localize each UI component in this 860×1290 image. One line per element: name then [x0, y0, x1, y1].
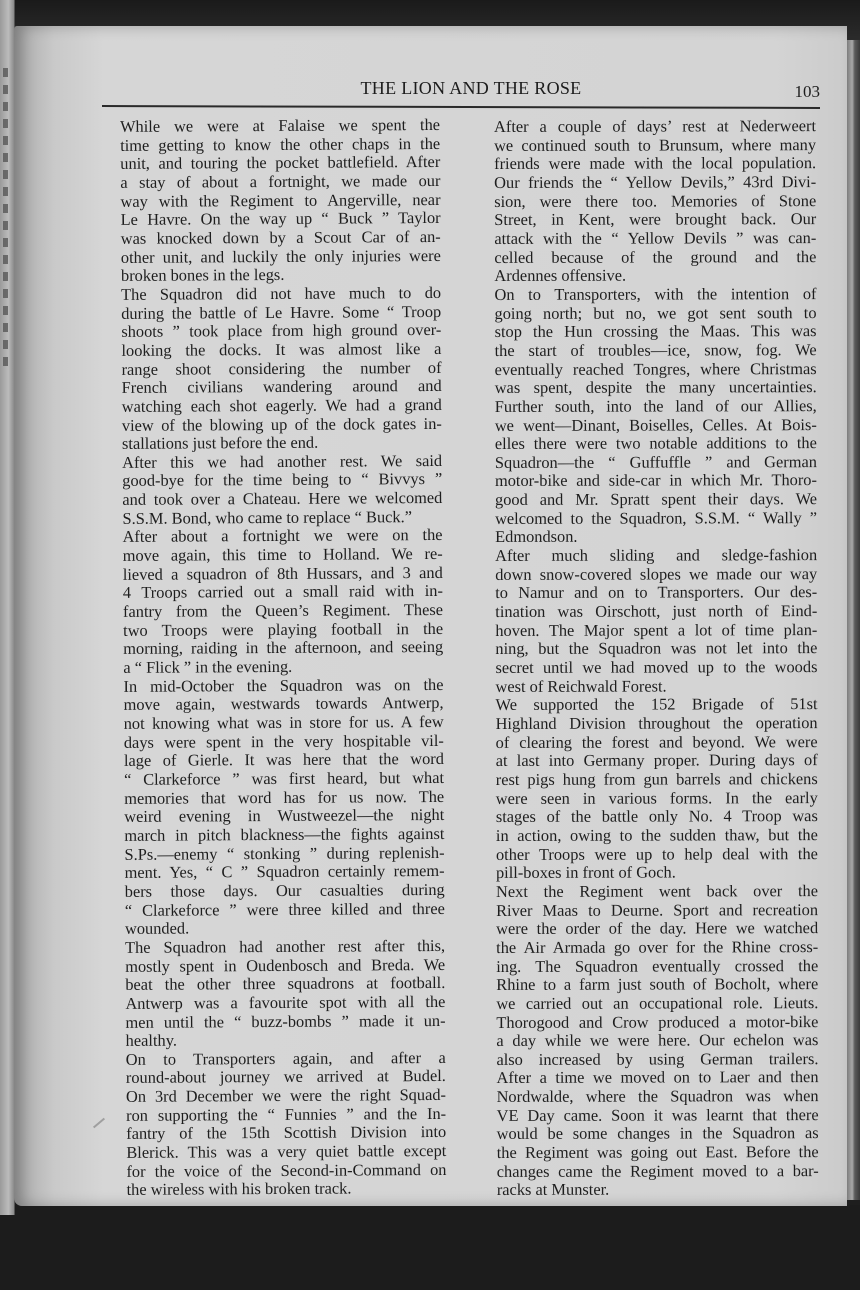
text-line: view of the blowing up of the dock gates…	[106, 414, 442, 435]
paragraph: On to Transporters, with the intention o…	[478, 285, 817, 547]
page-number: 103	[795, 82, 821, 102]
text-line: Ardennes offensive.	[478, 266, 816, 286]
facing-page-text-fragments	[1, 60, 11, 480]
text-line: good and Mr. Spratt spent their days. We	[479, 490, 817, 510]
text-line: ing. The Squadron eventually crossed the	[480, 957, 818, 977]
left-column: While we were at Falaise we spent thetim…	[104, 116, 447, 1200]
text-line: elles there were two notable additions t…	[479, 434, 817, 454]
running-header: THE LION AND THE ROSE 103	[102, 78, 820, 108]
facing-page-edge	[0, 0, 15, 1215]
text-line: River Maas to Deurne. Sport and recreati…	[480, 901, 818, 921]
text-line: attack with the “ Yellow Devils ” was ca…	[478, 229, 816, 249]
text-line: we carried out an occupational role. Lie…	[480, 994, 818, 1014]
text-line: to Namur and on to Transporters. Our des…	[479, 584, 817, 604]
text-line: sion, were there too. Memories of Stone	[478, 192, 816, 212]
text-line: stop the Hun crossing the Maas. This was	[479, 322, 817, 342]
text-line: We supported the 152 Brigade of 51st	[480, 695, 818, 715]
text-line: we went—Dinant, Boiselles, Celles. At Bo…	[479, 416, 817, 436]
running-title: THE LION AND THE ROSE	[102, 78, 820, 99]
text-line: tination was Oirschott, just north of Ei…	[479, 602, 817, 622]
paragraph: After a couple of days’ rest at Nederwee…	[478, 117, 816, 286]
text-line: Street, in Kent, were brought back. Our	[478, 210, 816, 230]
text-line: friends were made with the local populat…	[478, 154, 816, 174]
text-line: were the order of the day. Here we watch…	[480, 919, 818, 939]
text-line: Rhine to a farm just south of Bocholt, w…	[480, 975, 818, 995]
text-line: also increased by using German trailers.	[480, 1050, 818, 1070]
text-line: down snow-covered slopes we made our way	[479, 565, 817, 585]
paragraph: After this we had another rest. We saidg…	[106, 452, 442, 529]
text-line: Highland Division throughout the operati…	[480, 714, 818, 734]
text-line: a day while we were here. Our echelon wa…	[480, 1031, 818, 1051]
background-bottom	[0, 1205, 860, 1290]
text-line: were seen in various forms. In the early	[480, 789, 818, 809]
text-line: changes came the Regiment moved to a bar…	[481, 1162, 819, 1182]
text-line: Squadron—the “ Guffuffle ” and German	[479, 453, 817, 473]
text-line: in action, owing to the sudden thaw, but…	[480, 826, 818, 846]
paragraph: In mid-October the Squadron was on themo…	[107, 676, 445, 939]
right-column: After a couple of days’ rest at Nederwee…	[478, 117, 819, 1200]
text-line: secret until we had moved up to the wood…	[479, 658, 817, 678]
text-line: the Regiment was going out East. Before …	[481, 1143, 819, 1163]
text-line: we continued south to Brunsum, where man…	[478, 136, 816, 156]
text-line: rest pigs hung from gun barrels and chic…	[480, 770, 818, 790]
text-line: hoven. The Major spent a lot of time pla…	[479, 621, 817, 641]
text-line: for the voice of the Second-in-Command o…	[110, 1161, 446, 1182]
paragraph: The Squadron had another rest after this…	[109, 937, 446, 1051]
text-line: going north; but no, we got sent south t…	[478, 304, 816, 324]
paragraph: After much sliding and sledge-fashiondow…	[479, 546, 817, 696]
text-line: of clearing the forest and beyond. We we…	[480, 733, 818, 753]
text-line: After a time we moved on to Laer and the…	[480, 1069, 818, 1089]
paragraph: Next the Regiment went back over theRive…	[480, 882, 819, 1200]
text-line: On to Transporters, with the intention o…	[478, 285, 816, 305]
page-stack-edge	[847, 40, 860, 1200]
text-line: Further south, into the land of our Alli…	[479, 397, 817, 417]
text-line: racks at Munster.	[481, 1181, 819, 1201]
paragraph: On to Transporters again, and after arou…	[110, 1049, 447, 1200]
text-line: motor-bike and side-car in which Mr. Tho…	[479, 472, 817, 492]
paragraph: While we were at Falaise we spent thetim…	[104, 116, 441, 286]
text-line: the Air Armada go over for the Rhine cro…	[480, 938, 818, 958]
text-line: at last into Germany proper. During days…	[480, 751, 818, 771]
text-line: would be some changes in the Squadron as	[481, 1125, 819, 1145]
paragraph: The Squadron did not have much to doduri…	[105, 284, 442, 454]
text-line: Edmondson.	[479, 528, 817, 548]
text-line: Our friends the “ Yellow Devils,” 43rd D…	[478, 173, 816, 193]
text-line: west of Reichwald Forest.	[479, 677, 817, 697]
text-line: pill-boxes in front of Goch.	[480, 863, 818, 883]
text-line: other unit, and luckily the only injurie…	[105, 247, 441, 268]
text-line: After a couple of days’ rest at Nederwee…	[478, 117, 816, 137]
text-line: the start of troubles—ice, snow, fog. We	[479, 341, 817, 361]
text-line: was spent, despite the many uncertaintie…	[479, 378, 817, 398]
text-line: Thorogood and Crow produced a motor-bike	[480, 1013, 818, 1033]
text-line: ning, but the Squadron was not let into …	[479, 639, 817, 659]
text-line: eventually reached Tongres, where Christ…	[479, 360, 817, 380]
text-line: stages of the battle only No. 4 Troop wa…	[480, 807, 818, 827]
text-line: men until the “ buzz-bombs ” made it un-	[109, 1011, 445, 1032]
text-line: Next the Regiment went back over the	[480, 882, 818, 902]
paragraph: We supported the 152 Brigade of 51stHigh…	[480, 695, 818, 882]
text-line: the wireless with his broken track.	[110, 1179, 446, 1200]
paragraph: After about a fortnight we were on themo…	[107, 526, 444, 677]
text-line: VE Day came. Soon it was learnt that the…	[481, 1106, 819, 1126]
text-line: After much sliding and sledge-fashion	[479, 546, 817, 566]
text-line: other Troops were up to help deal with t…	[480, 845, 818, 865]
text-line: “ Clarkeforce ” were three killed and th…	[109, 899, 445, 920]
text-line: Nordwalde, where the Squadron was when	[481, 1087, 819, 1107]
text-line: celled because of the ground and the	[478, 248, 816, 268]
text-line: welcomed to the Squadron, S.S.M. “ Wally…	[479, 509, 817, 529]
text-line: morning, raiding in the afternoon, and s…	[107, 638, 443, 659]
